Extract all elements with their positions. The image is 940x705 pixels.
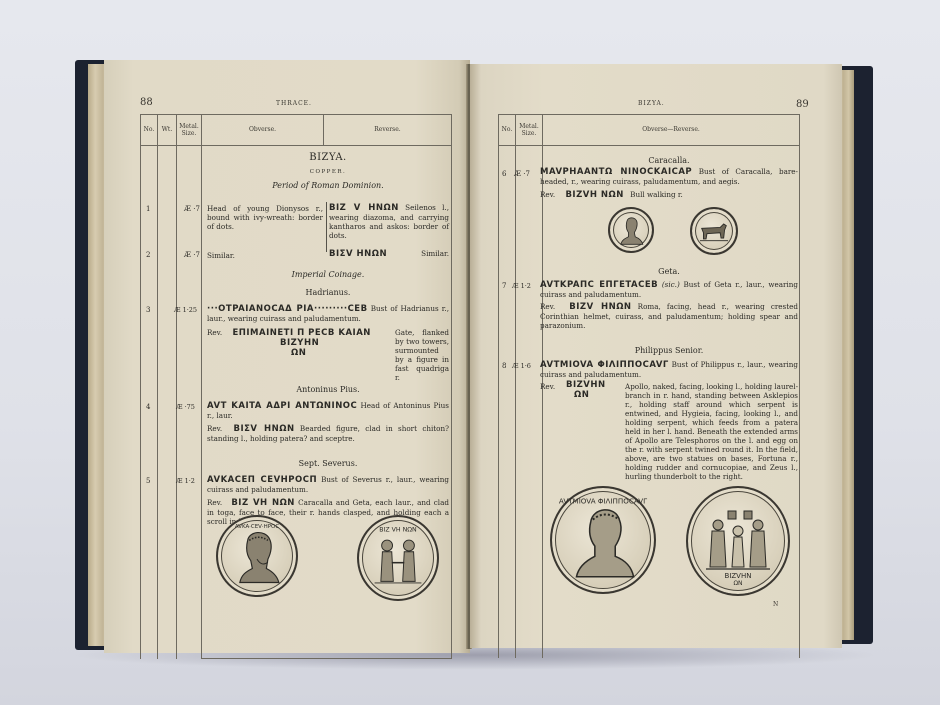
rev-label: Rev.	[540, 190, 555, 199]
reverse-description: Bull walking r.	[630, 190, 683, 199]
period-heading: Period of Roman Dominion.	[205, 181, 451, 190]
entry-number: 3	[146, 306, 150, 314]
emperor-heading: Philippus Senior.	[538, 346, 800, 355]
entry-number: 8	[502, 362, 506, 370]
signature-mark: N	[773, 601, 778, 608]
svg-text:AVKA·CEV·HPOC: AVKA·CEV·HPOC	[235, 524, 279, 530]
col-header-metal-size: Metal. Size.	[516, 115, 543, 146]
obverse-description: Head of young Dionysos r., bound with iv…	[207, 204, 323, 231]
obverse-block: ···OTPAIANOCAΔ PIA·········CEB Bust of H…	[207, 304, 449, 323]
emperor-heading: Caracalla.	[538, 156, 800, 165]
column-divider	[326, 202, 327, 252]
emperor-heading: Geta.	[538, 267, 800, 276]
svg-text:AVTMIOVA ΦIΛIΠΠOCAVΓ: AVTMIOVA ΦIΛIΠΠOCAVΓ	[559, 496, 647, 505]
reverse-legend-block: BIZVHN ΩN	[566, 380, 606, 400]
rev-label: Rev.	[207, 424, 222, 433]
coin-illustration-bull-reverse	[690, 207, 738, 255]
left-page: 88 THRACE. No. Wt. Metal. Size. Obverse.…	[104, 60, 470, 653]
obverse-block: AVTKPAΠC EΠΓETACEB (sic.) Bust of Geta r…	[540, 280, 798, 299]
portrait-bust-icon: AVTMIOVA ΦIΛIΠΠOCAVΓ	[552, 488, 654, 592]
running-head: BIZYA.	[638, 100, 665, 107]
portrait-bust-icon	[610, 209, 652, 251]
reverse-legend: BIZVH NΩN	[565, 190, 623, 200]
rev-label: Rev.	[540, 302, 555, 311]
emperor-heading: Antoninus Pius.	[205, 385, 451, 394]
col-header-no: No.	[141, 115, 158, 146]
col-header-obverse-reverse: Obverse—Reverse.	[543, 115, 800, 146]
rev-label: Rev.	[540, 382, 555, 391]
coin-illustration-apollo-reverse: BIZVHN ΩN	[686, 486, 790, 596]
svg-text:BIZVHN: BIZVHN	[725, 572, 752, 580]
page-number: 89	[796, 99, 809, 110]
reverse-legend: BIZ VH NΩN	[231, 498, 295, 508]
reverse-description: Gate, flanked by two towers, surmounted …	[207, 328, 449, 382]
coin-illustration-caracalla-obverse	[608, 207, 654, 253]
bull-icon	[692, 209, 736, 253]
col-header-metal-size: Metal. Size.	[177, 115, 202, 146]
entry-number: 7	[502, 282, 506, 290]
left-body: BIZYA. COPPER. Period of Roman Dominion.	[205, 152, 451, 190]
obverse-description: Similar.	[207, 251, 235, 260]
reverse-legend: BIΣV HNΩN	[329, 249, 387, 259]
col-header-wt: Wt.	[158, 115, 177, 146]
metal-size: Æ ·75	[176, 403, 195, 411]
emperor-heading: Sept. Severus.	[205, 459, 451, 468]
portrait-bust-icon: AVKA·CEV·HPOC	[218, 517, 296, 595]
metal-size: Æ ·7	[184, 251, 200, 259]
obverse-block: AVT KAITA AΔPI ANTΩNINOC Head of Antonin…	[207, 401, 449, 420]
reverse-block: Rev. BIZVH NΩN Bull walking r.	[540, 190, 798, 200]
entry-number: 6	[502, 170, 506, 178]
reverse-description: Similar.	[421, 249, 449, 259]
reverse-legend-line2: ΩN	[574, 390, 606, 400]
reverse-description: Apollo, naked, facing, looking l., holdi…	[625, 382, 798, 481]
reverse-block: Rev. BIΣV HNΩN Bearded figure, clad in s…	[207, 424, 449, 443]
coin-illustration-philippus-obverse: AVTMIOVA ΦIΛIΠΠOCAVΓ	[550, 486, 656, 594]
entry-number: 1	[146, 205, 150, 213]
page-number: 88	[140, 97, 153, 108]
city-heading: BIZYA.	[205, 152, 451, 163]
reverse-block: BIZ V HNΩN Seilenos l., wearing diazoma,…	[329, 203, 449, 240]
obverse-legend: AVTKPAΠC EΠΓETACEB	[540, 280, 658, 290]
metal-size: Æ 1·6	[512, 362, 531, 370]
col-header-obverse: Obverse.	[202, 115, 324, 146]
reverse-legend: BIZVHN	[566, 380, 606, 390]
obverse-legend: AVTMIOVA ΦIΛIΠΠOCAVΓ	[540, 360, 669, 370]
obverse-block: MAVPHAANTΩ NINOCKAICAP Bust of Caracalla…	[540, 167, 798, 186]
obverse-legend: AVT KAITA AΔPI ANTΩNINOC	[207, 401, 357, 411]
svg-text:ΩN: ΩN	[733, 580, 742, 587]
metal-heading: COPPER.	[205, 169, 451, 175]
reverse-legend: BIZV HNΩN	[569, 302, 631, 312]
obverse-legend: AVKACEΠ CEVHPOCΠ	[207, 475, 317, 485]
reverse-block: Rev. BIZV HNΩN Roma, facing, head r., we…	[540, 302, 798, 330]
running-head: THRACE.	[276, 100, 312, 107]
emperor-heading: Hadrianus.	[205, 288, 451, 297]
imperial-heading: Imperial Coinage.	[205, 270, 451, 279]
two-figures-icon: BIZ VH NΩN	[359, 517, 437, 599]
entry-number: 5	[146, 477, 150, 485]
metal-size: Æ ·7	[184, 205, 200, 213]
col-header-no: No.	[499, 115, 516, 146]
sic-note: (sic.)	[662, 280, 680, 289]
svg-text:BIZ VH NΩN: BIZ VH NΩN	[379, 526, 417, 533]
entry-number: 2	[146, 251, 150, 259]
reverse-legend: BIZ V HNΩN	[329, 203, 399, 213]
coin-illustration-caracalla-geta-reverse: BIZ VH NΩN	[357, 515, 439, 601]
three-deities-icon: BIZVHN ΩN	[688, 488, 788, 594]
right-page: BIZYA. 89 No. Metal. Size. Obverse—Rever…	[470, 64, 842, 648]
reverse-block: Rev. EΠIMAINETI Π PECB KAIAN BIZYHN ΩN G…	[207, 328, 449, 358]
coin-illustration-severus-obverse: AVKA·CEV·HPOC	[216, 515, 298, 597]
metal-size: Æ 1·25	[174, 306, 197, 314]
metal-size: Æ 1·2	[512, 282, 531, 290]
obverse-legend: ···OTPAIANOCAΔ PIA·········CEB	[207, 304, 368, 314]
reverse-block: BIΣV HNΩN Similar.	[329, 249, 449, 259]
entry-number: 4	[146, 403, 150, 411]
obverse-legend: MAVPHAANTΩ NINOCKAICAP	[540, 167, 692, 177]
obverse-block: AVTMIOVA ΦIΛIΠΠOCAVΓ Bust of Philippus r…	[540, 360, 798, 379]
metal-size: Æ ·7	[514, 170, 530, 178]
metal-size: Æ 1·2	[176, 477, 195, 485]
col-header-reverse: Reverse.	[324, 115, 452, 146]
rev-label: Rev.	[207, 498, 222, 507]
reverse-legend: BIΣV HNΩN	[233, 424, 294, 434]
obverse-block: AVKACEΠ CEVHPOCΠ Bust of Severus r., lau…	[207, 475, 449, 494]
